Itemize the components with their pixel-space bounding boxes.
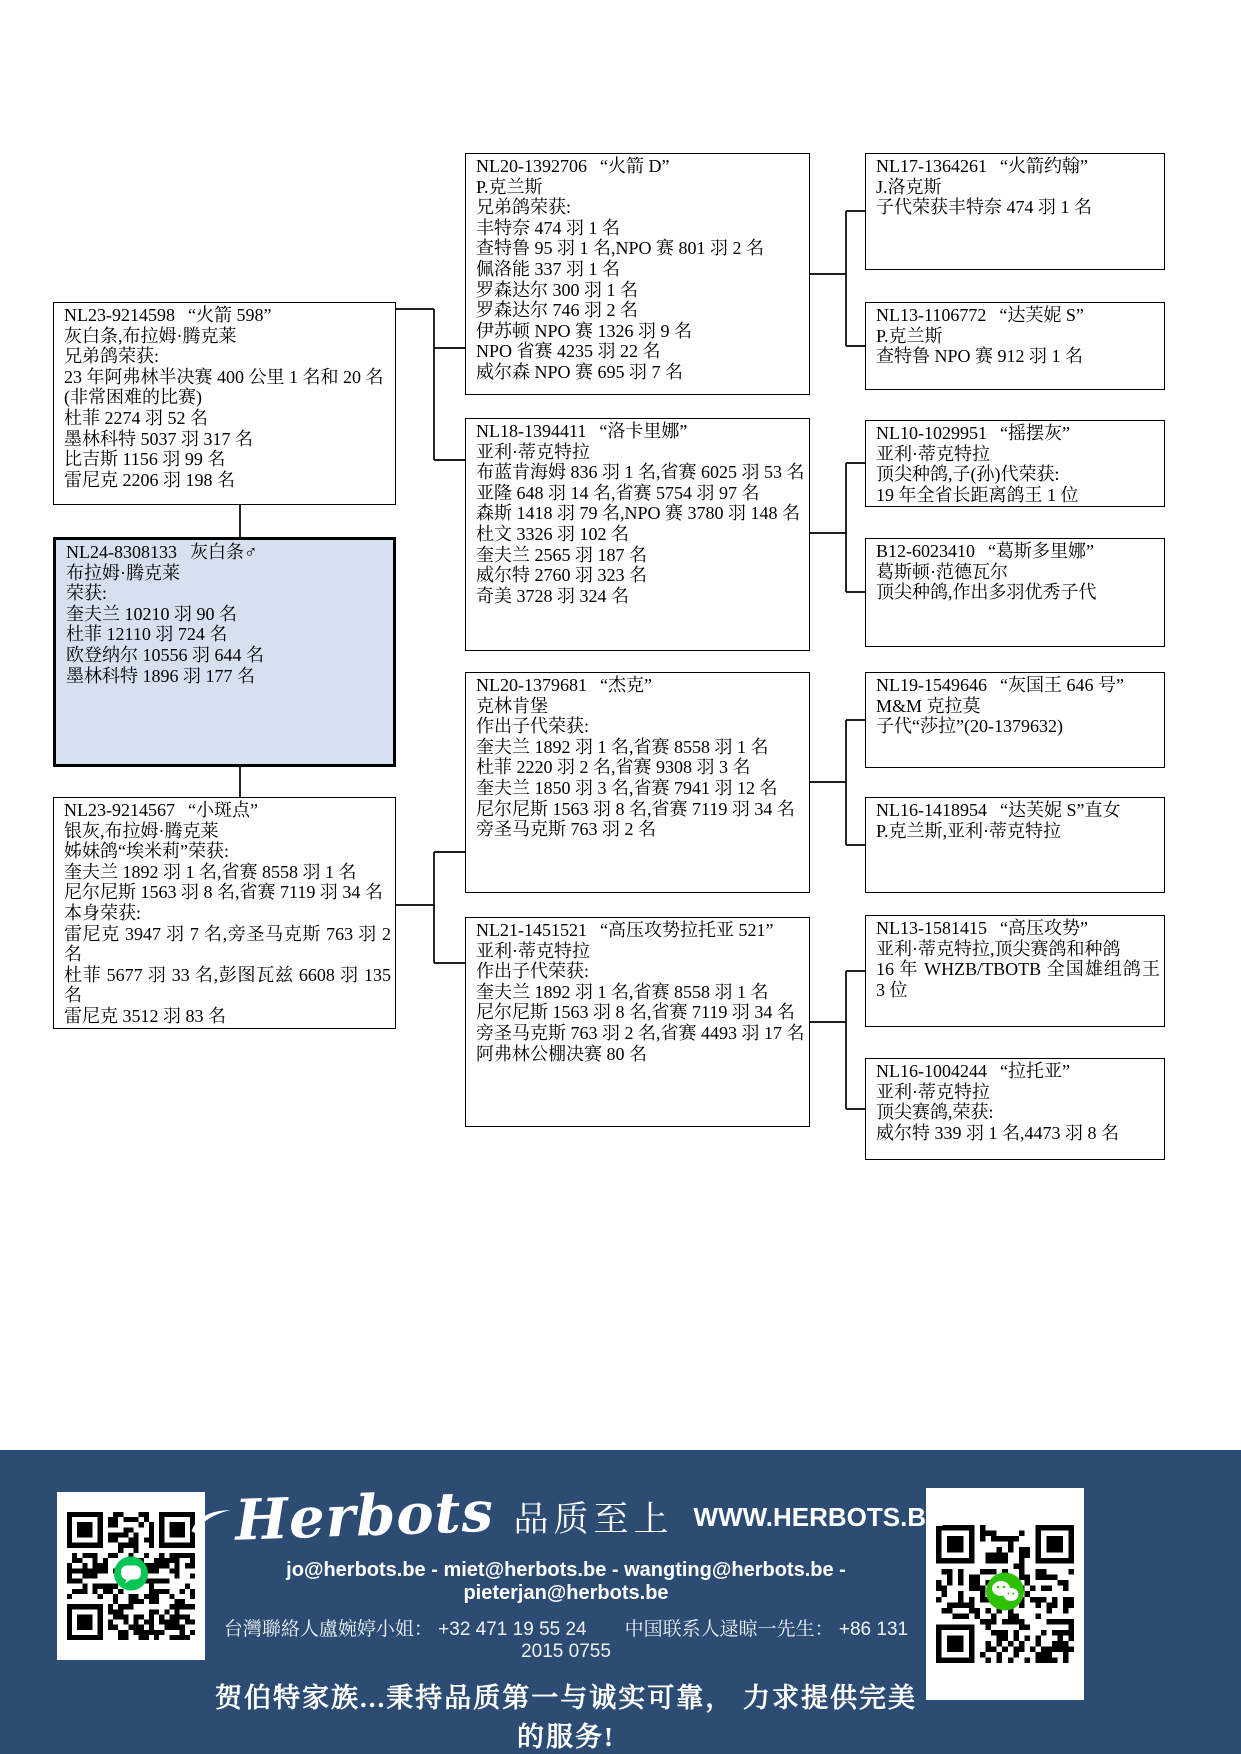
achievements: 银灰,布拉姆·腾克莱姊妹鸽“埃米莉”荣获:奎夫兰 1892 羽 1 名,省赛 8… <box>64 821 391 1027</box>
achievement-line: 16 年 WHZB/TBOTB 全国雄组鸽王 3 位 <box>876 959 1160 1000</box>
box-title: NL21-1451521“高压攻势拉托亚 521” <box>476 920 805 941</box>
pedigree-box-granddam-2: NL21-1451521“高压攻势拉托亚 521” 亚利·蒂克特拉作出子代荣获:… <box>465 917 810 1127</box>
achievement-line: 葛斯顿·范德瓦尔 <box>876 562 1160 583</box>
achievement-line: 亚利·蒂克特拉 <box>476 941 805 962</box>
box-title: NL13-1581415“高压攻势” <box>876 918 1160 939</box>
achievement-line: 尼尔尼斯 1563 羽 8 名,省赛 7119 羽 34 名 <box>64 882 391 903</box>
achievement-line: 阿弗林公棚决赛 80 名 <box>476 1044 805 1065</box>
website-url: WWW.HERBOTS.BE <box>694 1502 944 1533</box>
pedigree-box-sire: NL23-9214598“火箭 598” 灰白条,布拉姆·腾克莱兄弟鸽荣获:23… <box>53 302 396 505</box>
pedigree-box-ggp-1: NL17-1364261“火箭约翰” J.洛克斯子代荣获丰特奈 474 羽 1 … <box>865 153 1165 270</box>
footer-band: Herbots 品质至上 WWW.HERBOTS.BE jo@herbots.b… <box>0 1450 1241 1754</box>
achievement-line: 尼尔尼斯 1563 羽 8 名,省赛 7119 羽 34 名 <box>476 1002 805 1023</box>
achievement-line: 顶尖赛鸽,荣获: <box>876 1102 1160 1123</box>
achievement-line: 墨林科特 5037 羽 317 名 <box>64 429 391 450</box>
achievement-line: 杜文 3326 羽 102 名 <box>476 524 805 545</box>
achievement-line: 森斯 1418 羽 79 名,NPO 赛 3780 羽 148 名 <box>476 503 805 524</box>
pedigree-box-grandsire-2: NL20-1379681“杰克” 克林肯堡作出子代荣获:奎夫兰 1892 羽 1… <box>465 672 810 893</box>
box-title: NL20-1392706“火箭 D” <box>476 156 805 177</box>
pigeon-name: “葛斯多里娜” <box>988 541 1094 561</box>
pedigree-box-ggp-6: NL16-1418954“达芙妮 S”直女 P.克兰斯,亚利·蒂克特拉 <box>865 797 1165 893</box>
achievement-line: 亚利·蒂克特拉 <box>876 1082 1160 1103</box>
achievement-line: 23 年阿弗林半决赛 400 公里 1 名和 20 名 <box>64 367 391 388</box>
achievements: P.克兰斯兄弟鸽荣获:丰特奈 474 羽 1 名查特鲁 95 羽 1 名,NPO… <box>476 177 805 383</box>
email-addresses: jo@herbots.be - miet@herbots.be - wangti… <box>210 1559 922 1605</box>
achievement-line: 姊妹鸽“埃米莉”荣获: <box>64 841 391 862</box>
achievement-line: 作出子代荣获: <box>476 716 805 737</box>
achievements: 亚利·蒂克特拉顶尖赛鸽,荣获:威尔特 339 羽 1 名,4473 羽 8 名 <box>876 1082 1160 1144</box>
box-title: NL17-1364261“火箭约翰” <box>876 156 1160 177</box>
achievement-line: 查特鲁 NPO 赛 912 羽 1 名 <box>876 346 1160 367</box>
pedigree-box-ggp-2: NL13-1106772“达芙妮 S” P.克兰斯查特鲁 NPO 赛 912 羽… <box>865 302 1165 390</box>
achievement-line: 比吉斯 1156 羽 99 名 <box>64 449 391 470</box>
achievements: M&M 克拉莫子代“莎拉”(20-1379632) <box>876 696 1160 737</box>
achievements: 亚利·蒂克特拉作出子代荣获:奎夫兰 1892 羽 1 名,省赛 8558 羽 1… <box>476 941 805 1065</box>
ring-number: NL23-9214567 <box>64 800 175 820</box>
achievement-line: 子代“莎拉”(20-1379632) <box>876 716 1160 737</box>
box-title: NL23-9214598“火箭 598” <box>64 305 391 326</box>
achievement-line: 杜菲 12110 羽 724 名 <box>66 624 389 645</box>
ring-number: NL20-1392706 <box>476 156 587 176</box>
box-title: NL19-1549646“灰国王 646 号” <box>876 675 1160 696</box>
achievement-line: 奎夫兰 2565 羽 187 名 <box>476 545 805 566</box>
achievement-line: 作出子代荣获: <box>476 961 805 982</box>
achievement-line: 罗森达尔 300 羽 1 名 <box>476 280 805 301</box>
achievement-line: 奎夫兰 1892 羽 1 名,省赛 8558 羽 1 名 <box>476 982 805 1003</box>
pigeon-name: “洛卡里娜” <box>599 421 687 441</box>
box-title: B12-6023410“葛斯多里娜” <box>876 541 1160 562</box>
achievement-line: 19 年全省长距离鸽王 1 位 <box>876 485 1160 506</box>
achievement-line: 雷尼克 2206 羽 198 名 <box>64 470 391 491</box>
achievement-line: 银灰,布拉姆·腾克莱 <box>64 821 391 842</box>
achievement-line: 灰白条,布拉姆·腾克莱 <box>64 326 391 347</box>
achievement-line: P.克兰斯,亚利·蒂克特拉 <box>876 821 1160 842</box>
box-title: NL16-1418954“达芙妮 S”直女 <box>876 800 1160 821</box>
pigeon-name: “火箭 598” <box>188 305 271 325</box>
pedigree-box-ggp-7: NL13-1581415“高压攻势” 亚利·蒂克特拉,顶尖赛鸽和种鸽16 年 W… <box>865 915 1165 1027</box>
achievement-line: 杜菲 2274 羽 52 名 <box>64 408 391 429</box>
achievement-line: 克林肯堡 <box>476 696 805 717</box>
achievement-line: 荣获: <box>66 583 389 604</box>
ring-number: NL13-1106772 <box>876 305 986 325</box>
pigeon-name: “摇摆灰” <box>1000 423 1070 443</box>
contact-persons-line: 台灣聯絡人盧婉婷小姐： +32 471 19 55 24 中国联系人逯晾一先生：… <box>210 1614 922 1663</box>
pigeon-name: “火箭约翰” <box>1000 156 1088 176</box>
feather-icon <box>188 1506 235 1538</box>
pigeon-name: “达芙妮 S” <box>999 305 1084 325</box>
achievement-line: 罗森达尔 746 羽 2 名 <box>476 300 805 321</box>
pedigree-box-ggp-5: NL19-1549646“灰国王 646 号” M&M 克拉莫子代“莎拉”(20… <box>865 672 1165 768</box>
achievement-line: 兄弟鸽荣获: <box>476 197 805 218</box>
achievement-line: 亚利·蒂克特拉 <box>876 444 1160 465</box>
achievement-line: 丰特奈 474 羽 1 名 <box>476 218 805 239</box>
achievement-line: 兄弟鸽荣获: <box>64 346 391 367</box>
achievement-line: 雷尼克 3947 羽 7 名,旁圣马克斯 763 羽 2 名 <box>64 924 391 965</box>
pedigree-box-ggp-8: NL16-1004244“拉托亚” 亚利·蒂克特拉顶尖赛鸽,荣获:威尔特 339… <box>865 1058 1165 1160</box>
achievement-line: 奇美 3728 羽 324 名 <box>476 586 805 607</box>
achievements: 亚利·蒂克特拉,顶尖赛鸽和种鸽16 年 WHZB/TBOTB 全国雄组鸽王 3 … <box>876 939 1160 1001</box>
pedigree-box-ggp-4: B12-6023410“葛斯多里娜” 葛斯顿·范德瓦尔顶尖种鸽,作出多羽优秀子代 <box>865 538 1165 647</box>
achievement-line: 旁圣马克斯 763 羽 2 名,省赛 4493 羽 17 名 <box>476 1023 805 1044</box>
ring-number: NL17-1364261 <box>876 156 987 176</box>
ring-number: NL16-1004244 <box>876 1061 987 1081</box>
box-title: NL23-9214567“小斑点” <box>64 800 391 821</box>
achievement-line: 欧登纳尔 10556 羽 644 名 <box>66 645 389 666</box>
pigeon-name: “灰国王 646 号” <box>1000 675 1124 695</box>
achievement-line: 杜菲 5677 羽 33 名,彭图瓦兹 6608 羽 135 名 <box>64 965 391 1006</box>
ring-number: NL21-1451521 <box>476 920 587 940</box>
box-title: NL16-1004244“拉托亚” <box>876 1061 1160 1082</box>
pigeon-name: “拉托亚” <box>1000 1061 1070 1081</box>
achievement-line: 杜菲 2220 羽 2 名,省赛 9308 羽 3 名 <box>476 757 805 778</box>
achievement-line: 佩洛能 337 羽 1 名 <box>476 259 805 280</box>
pedigree-box-granddam-1: NL18-1394411“洛卡里娜” 亚利·蒂克特拉布蓝肯海姆 836 羽 1 … <box>465 418 810 651</box>
achievement-line: 顶尖种鸽,作出多羽优秀子代 <box>876 582 1160 603</box>
box-title: NL18-1394411“洛卡里娜” <box>476 421 805 442</box>
pigeon-name: “杰克” <box>600 675 652 695</box>
wechat-badge-icon <box>985 1572 1025 1617</box>
pigeon-name: “小斑点” <box>188 800 258 820</box>
footer-tagline: 贺伯特家族...秉持品质第一与诚实可靠， 力求提供完美的服务! <box>210 1676 922 1754</box>
line-badge-icon <box>113 1556 149 1597</box>
ring-number: B12-6023410 <box>876 541 975 561</box>
achievement-line: M&M 克拉莫 <box>876 696 1160 717</box>
achievements: J.洛克斯子代荣获丰特奈 474 羽 1 名 <box>876 177 1160 218</box>
achievements: 克林肯堡作出子代荣获:奎夫兰 1892 羽 1 名,省赛 8558 羽 1 名杜… <box>476 696 805 840</box>
achievements: 布拉姆·腾克莱荣获:奎夫兰 10210 羽 90 名杜菲 12110 羽 724… <box>66 563 389 687</box>
wechat-qr-code <box>926 1488 1084 1700</box>
achievement-line: 威尔特 2760 羽 323 名 <box>476 565 805 586</box>
box-title: NL10-1029951“摇摆灰” <box>876 423 1160 444</box>
achievement-line: 尼尔尼斯 1563 羽 8 名,省赛 7119 羽 34 名 <box>476 799 805 820</box>
achievements: 亚利·蒂克特拉顶尖种鸽,子(孙)代荣获:19 年全省长距离鸽王 1 位 <box>876 444 1160 506</box>
brand-row: Herbots 品质至上 WWW.HERBOTS.BE <box>210 1484 922 1550</box>
pigeon-name: “高压攻势” <box>1000 918 1088 938</box>
achievement-line: J.洛克斯 <box>876 177 1160 198</box>
pigeon-name: “达芙妮 S”直女 <box>1000 800 1121 820</box>
achievement-line: 威尔特 339 羽 1 名,4473 羽 8 名 <box>876 1123 1160 1144</box>
achievement-line: 查特鲁 95 羽 1 名,NPO 赛 801 羽 2 名 <box>476 238 805 259</box>
achievement-line: 奎夫兰 10210 羽 90 名 <box>66 604 389 625</box>
line-qr-code <box>57 1492 205 1660</box>
achievement-line: 雷尼克 3512 羽 83 名 <box>64 1006 391 1027</box>
achievement-line: NPO 省赛 4235 羽 22 名 <box>476 341 805 362</box>
achievement-line: 本身荣获: <box>64 903 391 924</box>
ring-number: NL19-1549646 <box>876 675 987 695</box>
achievement-line: 墨林科特 1896 羽 177 名 <box>66 666 389 687</box>
achievements: 葛斯顿·范德瓦尔顶尖种鸽,作出多羽优秀子代 <box>876 562 1160 603</box>
herbots-logo: Herbots <box>188 1479 495 1556</box>
achievement-line: 布蓝肯海姆 836 羽 1 名,省赛 6025 羽 53 名 <box>476 462 805 483</box>
ring-number: NL20-1379681 <box>476 675 587 695</box>
pigeon-name: “火箭 D” <box>600 156 669 176</box>
achievement-line: (非常困难的比赛) <box>64 387 391 408</box>
achievement-line: 子代荣获丰特奈 474 羽 1 名 <box>876 197 1160 218</box>
box-title: NL20-1379681“杰克” <box>476 675 805 696</box>
achievement-line: P.克兰斯 <box>476 177 805 198</box>
ring-number: NL13-1581415 <box>876 918 987 938</box>
achievements: 灰白条,布拉姆·腾克莱兄弟鸽荣获:23 年阿弗林半决赛 400 公里 1 名和 … <box>64 326 391 491</box>
brand-slogan: 品质至上 <box>514 1492 674 1542</box>
achievement-line: 奎夫兰 1892 羽 1 名,省赛 8558 羽 1 名 <box>64 862 391 883</box>
pedigree-page: NL23-9214598“火箭 598” 灰白条,布拉姆·腾克莱兄弟鸽荣获:23… <box>0 0 1241 1754</box>
achievements: P.克兰斯查特鲁 NPO 赛 912 羽 1 名 <box>876 326 1160 367</box>
pigeon-name: 灰白条♂ <box>190 542 258 562</box>
pedigree-box-subject: NL24-8308133灰白条♂ 布拉姆·腾克莱荣获:奎夫兰 10210 羽 9… <box>53 537 396 767</box>
achievements: P.克兰斯,亚利·蒂克特拉 <box>876 821 1160 842</box>
achievement-line: 奎夫兰 1850 羽 3 名,省赛 7941 羽 12 名 <box>476 778 805 799</box>
ring-number: NL10-1029951 <box>876 423 987 443</box>
achievement-line: 威尔森 NPO 赛 695 羽 7 名 <box>476 362 805 383</box>
box-title: NL13-1106772“达芙妮 S” <box>876 305 1160 326</box>
pedigree-box-grandsire-1: NL20-1392706“火箭 D” P.克兰斯兄弟鸽荣获:丰特奈 474 羽 … <box>465 153 810 395</box>
pedigree-box-ggp-3: NL10-1029951“摇摆灰” 亚利·蒂克特拉顶尖种鸽,子(孙)代荣获:19… <box>865 420 1165 507</box>
ring-number: NL24-8308133 <box>66 542 177 562</box>
achievement-line: 布拉姆·腾克莱 <box>66 563 389 584</box>
ring-number: NL23-9214598 <box>64 305 175 325</box>
achievement-line: 亚利·蒂克特拉,顶尖赛鸽和种鸽 <box>876 939 1160 960</box>
achievement-line: 伊苏顿 NPO 赛 1326 羽 9 名 <box>476 321 805 342</box>
pedigree-box-dam: NL23-9214567“小斑点” 银灰,布拉姆·腾克莱姊妹鸽“埃米莉”荣获:奎… <box>53 797 396 1029</box>
ring-number: NL18-1394411 <box>476 421 586 441</box>
pigeon-name: “高压攻势拉托亚 521” <box>600 920 773 940</box>
achievement-line: 旁圣马克斯 763 羽 2 名 <box>476 819 805 840</box>
achievement-line: P.克兰斯 <box>876 326 1160 347</box>
achievements: 亚利·蒂克特拉布蓝肯海姆 836 羽 1 名,省赛 6025 羽 53 名亚隆 … <box>476 442 805 607</box>
achievement-line: 顶尖种鸽,子(孙)代荣获: <box>876 464 1160 485</box>
achievement-line: 亚隆 648 羽 14 名,省赛 5754 羽 97 名 <box>476 483 805 504</box>
achievement-line: 亚利·蒂克特拉 <box>476 442 805 463</box>
ring-number: NL16-1418954 <box>876 800 987 820</box>
footer-center: Herbots 品质至上 WWW.HERBOTS.BE jo@herbots.b… <box>210 1484 922 1754</box>
box-title: NL24-8308133灰白条♂ <box>66 542 389 563</box>
achievement-line: 奎夫兰 1892 羽 1 名,省赛 8558 羽 1 名 <box>476 737 805 758</box>
